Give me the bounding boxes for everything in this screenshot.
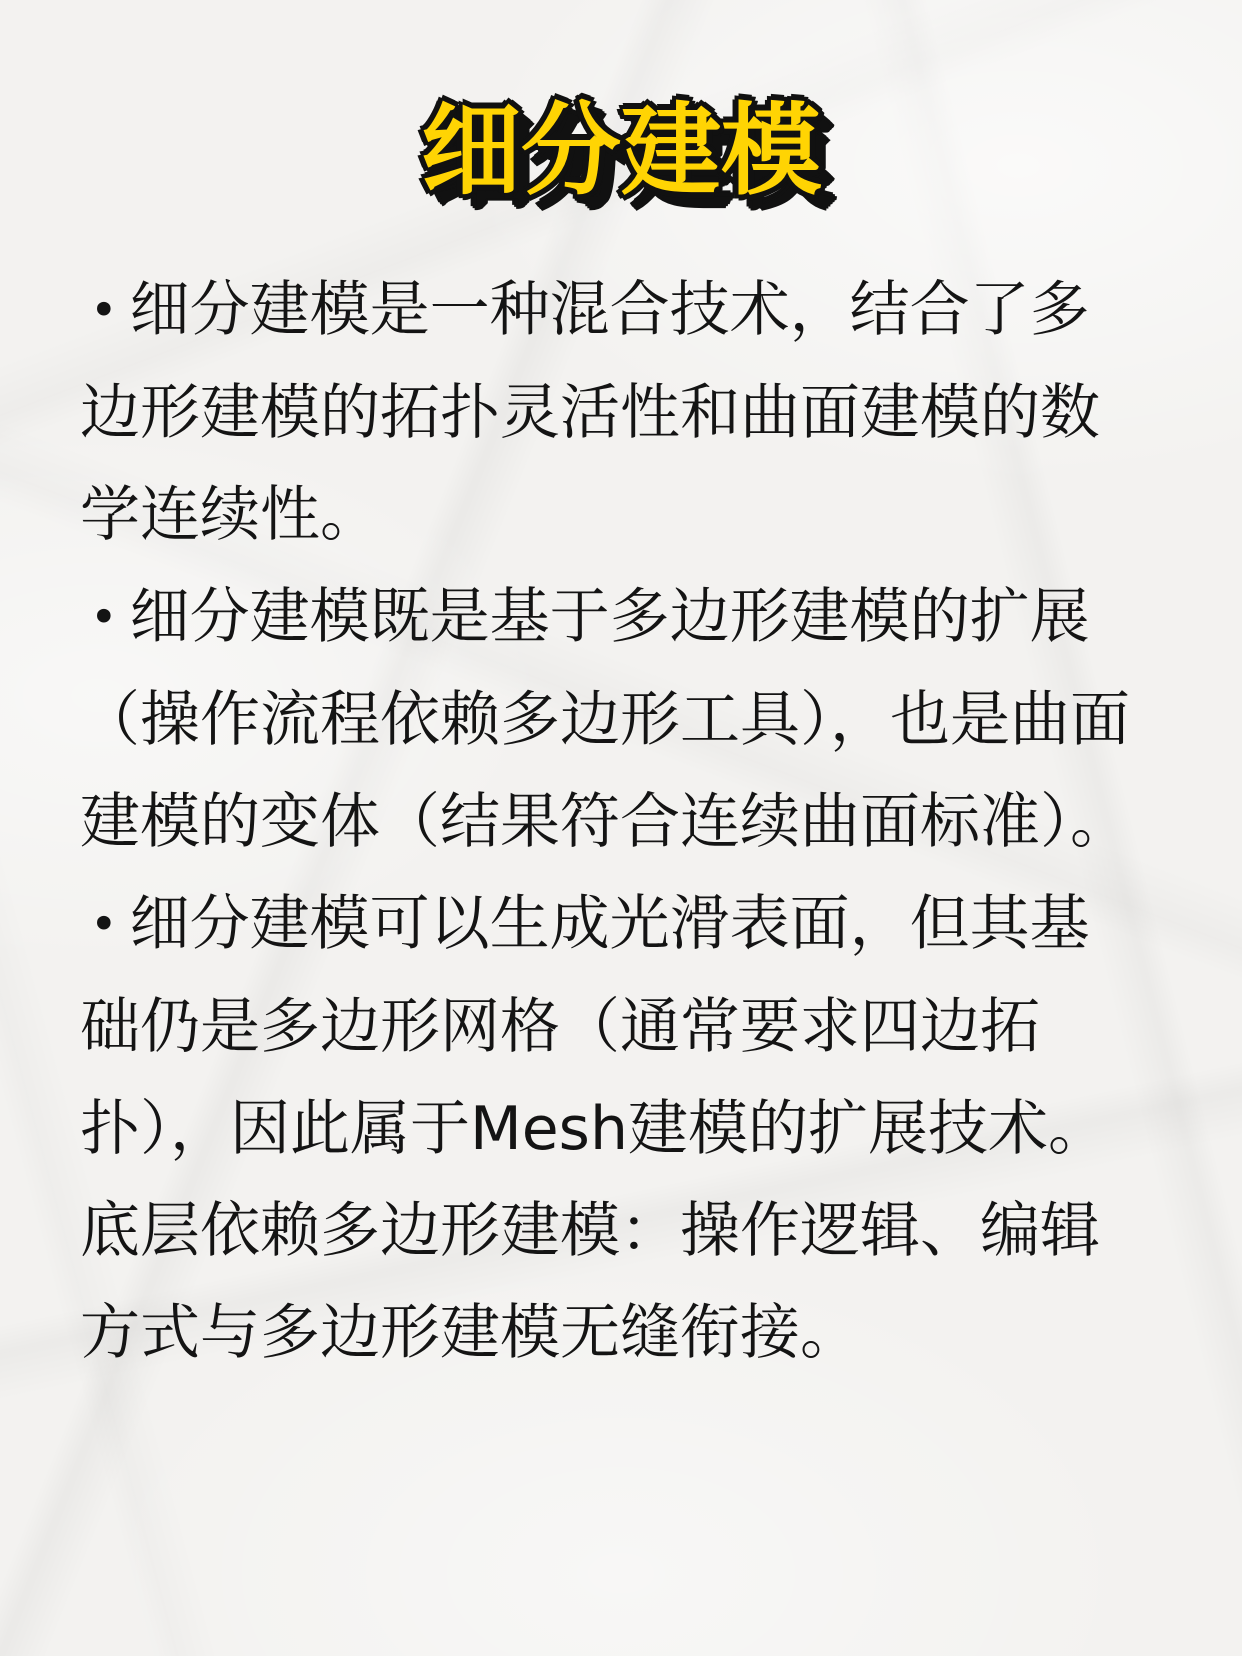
- page-title-text: 细分建模: [421, 96, 821, 206]
- bullet-text-2: 细分建模既是基于多边形建模的扩展（操作流程依赖多边形工具），也是曲面建模的变体（…: [80, 582, 1130, 857]
- bullet-item-3: •细分建模可以生成光滑表面，但其基础仍是多边形网格（通常要求四边拓扑），因此属于…: [80, 873, 1140, 1384]
- bullet-item-2: •细分建模既是基于多边形建模的扩展（操作流程依赖多边形工具），也是曲面建模的变体…: [80, 566, 1140, 873]
- bullet-marker: •: [90, 898, 118, 952]
- bullet-item-1: •细分建模是一种混合技术，结合了多边形建模的拓扑灵活性和曲面建模的数学连续性。: [80, 259, 1140, 566]
- bullet-marker: •: [90, 591, 118, 645]
- bullet-text-1: 细分建模是一种混合技术，结合了多边形建模的拓扑灵活性和曲面建模的数学连续性。: [80, 275, 1100, 550]
- knowledge-card: 细分建模 •细分建模是一种混合技术，结合了多边形建模的拓扑灵活性和曲面建模的数学…: [0, 0, 1242, 1656]
- page-title: 细分建模: [0, 96, 1242, 232]
- bullet-text-3: 细分建模可以生成光滑表面，但其基础仍是多边形网格（通常要求四边拓扑），因此属于M…: [80, 889, 1108, 1368]
- bullet-marker: •: [90, 284, 118, 338]
- body-text: •细分建模是一种混合技术，结合了多边形建模的拓扑灵活性和曲面建模的数学连续性。 …: [80, 259, 1140, 1384]
